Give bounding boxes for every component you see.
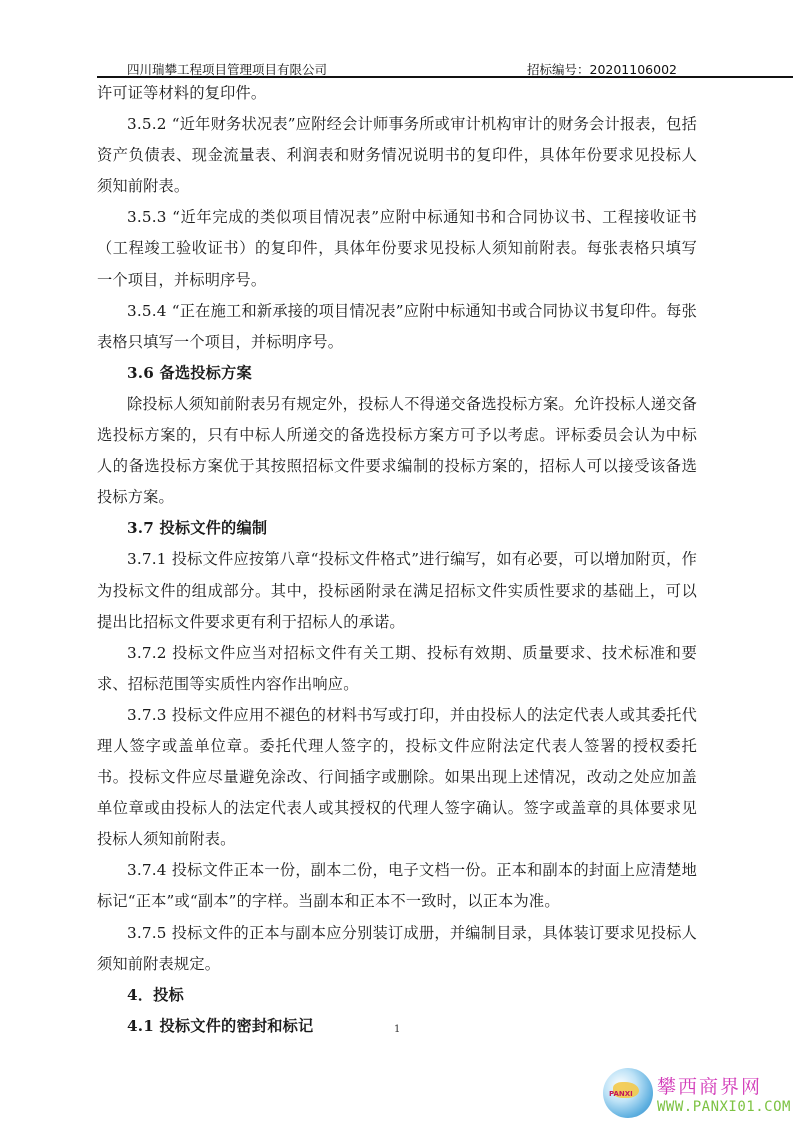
paragraph-3-6: 除投标人须知前附表另有规定外，投标人不得递交备选投标方案。允许投标人递交备选投标…	[97, 389, 697, 513]
heading-3-7: 3.7 投标文件的编制	[97, 513, 697, 544]
paragraph-3-5-2: 3.5.2 “近年财务状况表”应附经会计师事务所或审计机构审计的财务会计报表，包…	[97, 109, 697, 202]
page-header: 四川瑞攀工程项目管理项目有限公司 招标编号：20201106002	[97, 58, 793, 78]
paragraph-3-7-1: 3.7.1 投标文件应按第八章“投标文件格式”进行编写，如有必要，可以增加附页，…	[97, 544, 697, 637]
paragraph-3-7-2: 3.7.2 投标文件应当对招标文件有关工期、投标有效期、质量要求、技术标准和要求…	[97, 638, 697, 700]
page-number: 1	[394, 1024, 400, 1035]
header-bid-number: 招标编号：20201106002	[527, 60, 677, 78]
globe-icon: PANXI	[603, 1068, 653, 1118]
watermark-logo: PANXI 攀西商界网 WWW.PANXI01.COM	[603, 1066, 793, 1122]
paragraph-3-5-3: 3.5.3 “近年完成的类似项目情况表”应附中标通知书和合同协议书、工程接收证书…	[97, 202, 697, 295]
heading-4: 4．投标	[97, 980, 697, 1011]
header-company-name: 四川瑞攀工程项目管理项目有限公司	[127, 60, 327, 78]
paragraph-3-7-5: 3.7.5 投标文件的正本与副本应分别装订成册，并编制目录，具体装订要求见投标人…	[97, 918, 697, 980]
watermark-url: WWW.PANXI01.COM	[657, 1099, 791, 1115]
paragraph-3-7-4: 3.7.4 投标文件正本一份，副本二份，电子文档一份。正本和副本的封面上应清楚地…	[97, 855, 697, 917]
paragraph-3-7-3: 3.7.3 投标文件应用不褪色的材料书写或打印，并由投标人的法定代表人或其委托代…	[97, 700, 697, 855]
heading-3-6: 3.6 备选投标方案	[97, 358, 697, 389]
watermark-brand-name: 攀西商界网	[657, 1072, 762, 1099]
document-body: 许可证等材料的复印件。 3.5.2 “近年财务状况表”应附经会计师事务所或审计机…	[97, 78, 697, 1042]
globe-label: PANXI	[609, 1090, 633, 1098]
paragraph-3-5-4: 3.5.4 “正在施工和新承接的项目情况表”应附中标通知书或合同协议书复印件。每…	[97, 296, 697, 358]
paragraph-continuation: 许可证等材料的复印件。	[97, 78, 697, 109]
